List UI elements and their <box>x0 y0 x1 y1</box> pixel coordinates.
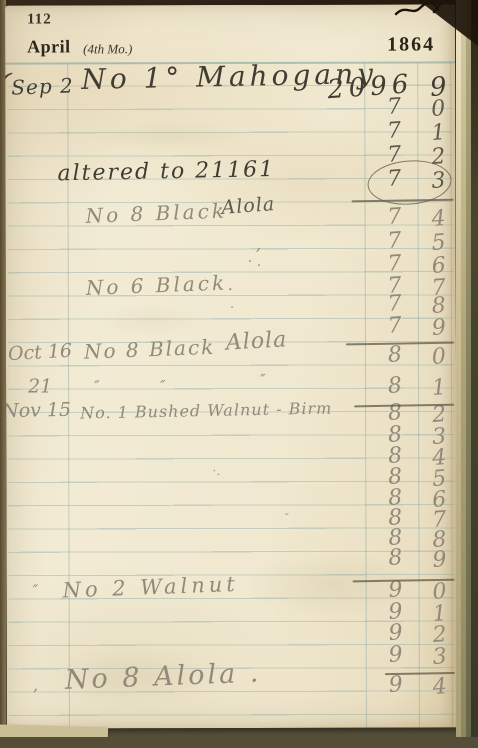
amount-units: 0 <box>423 345 455 369</box>
handwritten-text: ″ <box>94 379 100 394</box>
amount-units: 3 <box>424 645 456 669</box>
amount-units: 9 <box>424 548 456 572</box>
amount-tens: 7 <box>327 315 402 342</box>
handwriting-layer: (Sep 2No 1° Mahoganyaltered to 21161No 8… <box>5 4 455 5</box>
amount-units: 5 <box>423 231 455 255</box>
handwritten-text: No 8 Black <box>84 337 216 362</box>
handwritten-text: . <box>228 277 233 293</box>
handwritten-text: Nov 15 <box>5 401 71 421</box>
handwritten-text: 21 <box>28 377 52 396</box>
amount-tens: 8 <box>327 375 402 402</box>
handwritten-text: Oct 16 <box>7 342 72 364</box>
amount-units: 0 <box>423 97 455 121</box>
handwritten-text: Alola <box>225 329 287 354</box>
handwritten-text: No 8 Black <box>85 201 227 226</box>
amount-tens: 9 <box>328 674 403 701</box>
handwritten-text: altered to 21161 <box>57 159 275 185</box>
header-year: 1864 <box>387 33 435 56</box>
page-number: 112 <box>27 11 52 28</box>
ledger-page: 112 April (4th Mo.) 1864 (Sep 2No 1° Mah… <box>5 4 457 728</box>
handwritten-text: ″ <box>260 373 266 388</box>
handwritten-text: ″ <box>160 379 166 394</box>
handwritten-text: Alola <box>221 195 276 218</box>
handwritten-text: ·. <box>212 465 220 478</box>
ink-squiggle-mark <box>394 0 456 22</box>
backdrop-right <box>471 0 478 748</box>
header-month: April <box>27 36 71 57</box>
backdrop-bottom <box>0 737 478 748</box>
bleed-through-smudge <box>85 123 255 149</box>
handwritten-text: ‚ <box>33 678 38 694</box>
bleed-through-smudge <box>96 305 206 335</box>
handwritten-text: Sep 2 <box>11 75 74 97</box>
handwritten-text: No 8 Alola . <box>64 660 261 694</box>
handwritten-text: · <box>230 301 234 315</box>
header-month-annotation: (4th Mo.) <box>83 41 132 57</box>
scanned-ledger-photo: 112 April (4th Mo.) 1864 (Sep 2No 1° Mah… <box>0 0 478 748</box>
handwritten-text: · . <box>248 255 261 269</box>
amount-units: 1 <box>423 376 455 400</box>
amount-units: 4 <box>423 207 455 231</box>
amount-units: 1 <box>423 121 455 145</box>
handwritten-text: No 6 Black <box>85 273 227 298</box>
amounts-layer: 2096970717273747576777879808182838485868… <box>5 4 455 5</box>
handwritten-text: ″ <box>33 584 39 599</box>
handwritten-text: - <box>284 507 289 521</box>
amount-units: 9 <box>423 316 455 340</box>
amount-units: 4 <box>424 675 456 699</box>
amount-tens: 8 <box>328 547 403 574</box>
amount-tens: 8 <box>327 344 402 371</box>
amount-tens: 9 <box>328 644 403 671</box>
handwritten-text: ‚ <box>256 237 261 253</box>
